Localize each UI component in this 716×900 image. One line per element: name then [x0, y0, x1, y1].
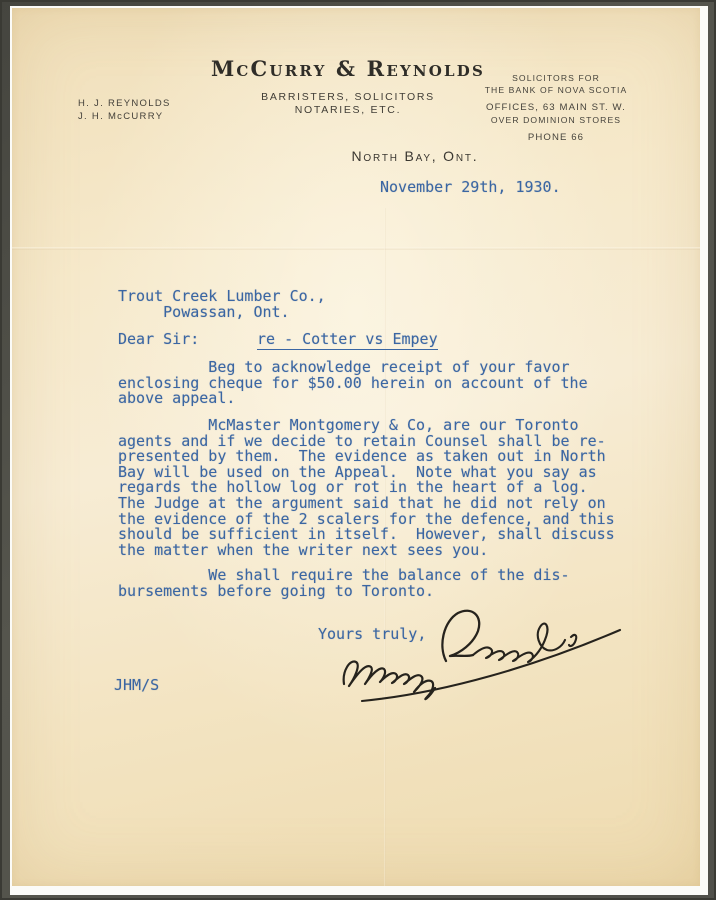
- phone-line: PHONE 66: [460, 132, 652, 144]
- solicitors-for-line: SOLICITORS FOR: [460, 72, 652, 84]
- body-paragraph-1: Beg to acknowledge receipt of your favor…: [118, 360, 588, 407]
- city-line: North Bay, Ont.: [12, 148, 700, 164]
- bank-line: THE BANK OF NOVA SCOTIA: [460, 84, 652, 96]
- recipient-address: Trout Creek Lumber Co., Powassan, Ont.: [118, 289, 326, 320]
- signature-ink-icon: [334, 588, 626, 706]
- date-line: November 29th, 1930.: [380, 180, 561, 196]
- letter-page: H. J. REYNOLDS J. H. McCURRY McCurry & R…: [12, 8, 700, 886]
- salutation: Dear Sir:: [118, 332, 199, 348]
- handwritten-signature: [334, 588, 626, 706]
- letterhead-right-block: SOLICITORS FOR THE BANK OF NOVA SCOTIA O…: [460, 72, 652, 144]
- subject-line: re - Cotter vs Empey: [257, 332, 438, 350]
- offices-line: OFFICES, 63 MAIN ST. W.: [460, 102, 652, 114]
- fold-crease-horizontal: [12, 247, 700, 250]
- body-paragraph-2: McMaster Montgomery & Co, are our Toront…: [118, 418, 615, 558]
- typist-initials: JHM/S: [114, 678, 159, 694]
- dominion-stores-line: OVER DOMINION STORES: [460, 114, 652, 126]
